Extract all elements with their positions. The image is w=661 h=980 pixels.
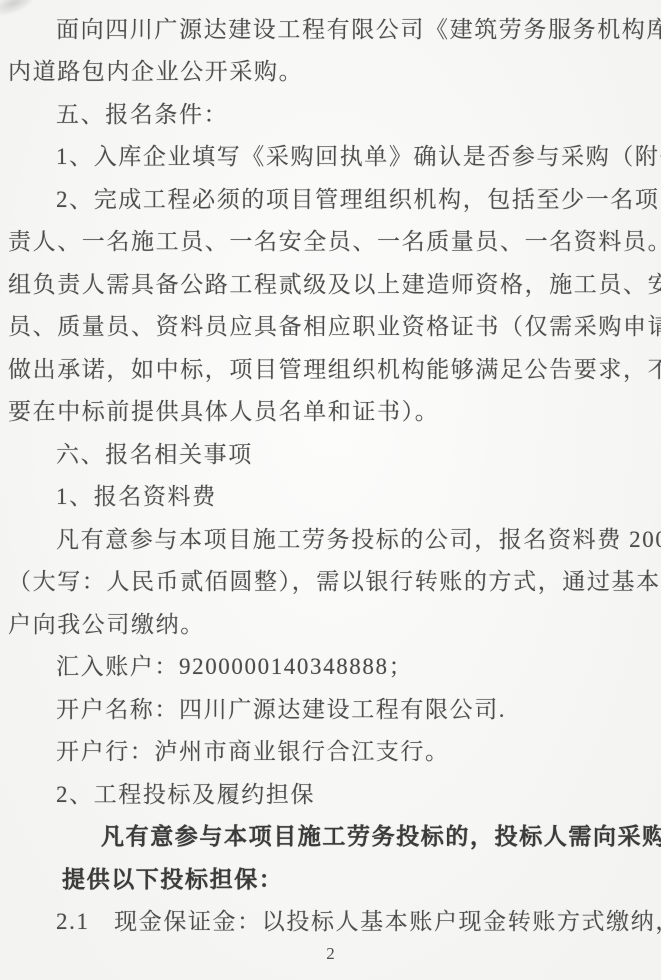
text-line: 内道路包内企业公开采购。	[0, 49, 655, 92]
section-heading: 五、报名条件：	[0, 91, 655, 134]
bank-branch-line: 开户行：泸州市商业银行合江支行。	[0, 729, 655, 772]
account-name-line: 开户名称：四川广源达建设工程有限公司.	[0, 686, 655, 729]
sub-heading: 1、报名资料费	[0, 474, 655, 517]
text-line: 2.1 现金保证金：以投标人基本账户现金转账方式缴纳，投	[0, 899, 655, 942]
sub-heading: 2、工程投标及履约担保	[0, 771, 655, 814]
text-line: 户向我公司缴纳。	[0, 601, 655, 644]
text-line: 责人、一名施工员、一名安全员、一名质量员、一名资料员。班	[0, 219, 655, 262]
text-line: 凡有意参与本项目施工劳务投标的公司，报名资料费 200 元	[0, 516, 655, 559]
text-line: 要在中标前提供具体人员名单和证书）。	[0, 389, 655, 432]
document-page: 面向四川广源达建设工程有限公司《建筑劳务服务机构库》 内道路包内企业公开采购。 …	[0, 0, 661, 980]
page-number: 2	[0, 944, 661, 964]
section-heading: 六、报名相关事项	[0, 431, 655, 474]
text-line: 做出承诺，如中标，项目管理组织机构能够满足公告要求，不必	[0, 346, 655, 389]
text-line: （大写：人民币贰佰圆整），需以银行转账的方式，通过基本账	[0, 559, 655, 602]
document-body: 面向四川广源达建设工程有限公司《建筑劳务服务机构库》 内道路包内企业公开采购。 …	[0, 6, 655, 941]
text-line: 组负责人需具备公路工程贰级及以上建造师资格，施工员、安全	[0, 261, 655, 304]
text-line: 1、入库企业填写《采购回执单》确认是否参与采购（附件一）。	[0, 134, 655, 177]
text-line: 面向四川广源达建设工程有限公司《建筑劳务服务机构库》	[0, 6, 655, 49]
text-line: 员、质量员、资料员应具备相应职业资格证书（仅需采购申请人	[0, 304, 655, 347]
bank-account-line: 汇入账户：9200000140348888；	[0, 644, 655, 687]
emphasized-text-line: 提供以下投标担保：	[0, 856, 655, 899]
text-line: 2、完成工程必须的项目管理组织机构，包括至少一名项目负	[0, 176, 655, 219]
emphasized-text-line: 凡有意参与本项目施工劳务投标的，投标人需向采购人	[0, 814, 655, 857]
